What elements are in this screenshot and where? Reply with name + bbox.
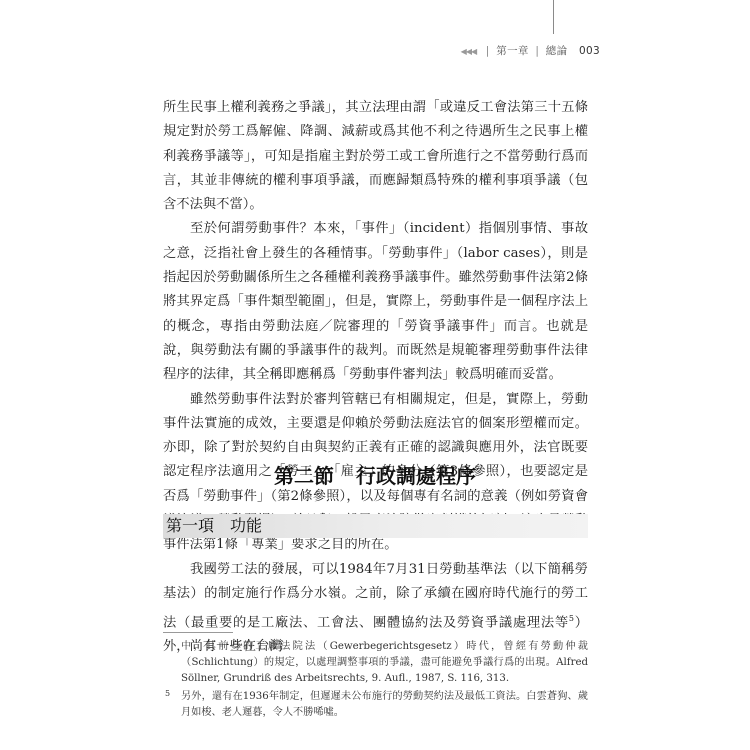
paragraph: 至於何謂勞動事件？本來，「事件」（incident）指個別事情、事故之意，泛指社…: [163, 217, 588, 387]
chapter-number: 第一章: [496, 45, 528, 57]
chapter-title: 總論: [546, 45, 568, 57]
footnote-continued: 中，其前身的工廠法院法（Gewerbegerichtsgesetz）時代，曾經有…: [163, 639, 588, 687]
footnotes: 中，其前身的工廠法院法（Gewerbegerichtsgesetz）時代，曾經有…: [163, 639, 588, 723]
header-divider-line: [553, 0, 554, 34]
footnote-5: 5 另外，還有在1936年制定，但遲遲未公布施行的勞動契約法及最低工資法。白雲蒼…: [163, 689, 588, 721]
footnote-number: 5: [165, 686, 170, 702]
triple-arrow-icon: ◀◀◀: [461, 47, 476, 56]
section-heading: 第二節行政調處程序: [0, 460, 750, 489]
header-separator: |: [486, 45, 490, 57]
subsection-title-text: 功能: [230, 516, 262, 535]
paragraph: 所生民事上權利義務之爭議」，其立法理由謂「或違反工會法第三十五條規定對於勞工爲解…: [163, 96, 588, 217]
header-separator: |: [535, 45, 539, 57]
footnote-text: 中，其前身的工廠法院法（Gewerbegerichtsgesetz）時代，曾經有…: [181, 641, 588, 684]
page-number: 003: [579, 45, 600, 57]
subsection-heading: 第一項功能: [166, 514, 262, 538]
section-title-text: 行政調處程序: [356, 464, 476, 488]
running-header: ◀◀◀ | 第一章 | 總論 003: [461, 43, 600, 58]
subsection-number: 第一項: [166, 516, 214, 535]
footnote-text: 另外，還有在1936年制定，但遲遲未公布施行的勞動契約法及最低工資法。白雲蒼狗、…: [181, 691, 588, 718]
footnote-rule: [163, 632, 233, 633]
section-number: 第二節: [274, 464, 334, 488]
